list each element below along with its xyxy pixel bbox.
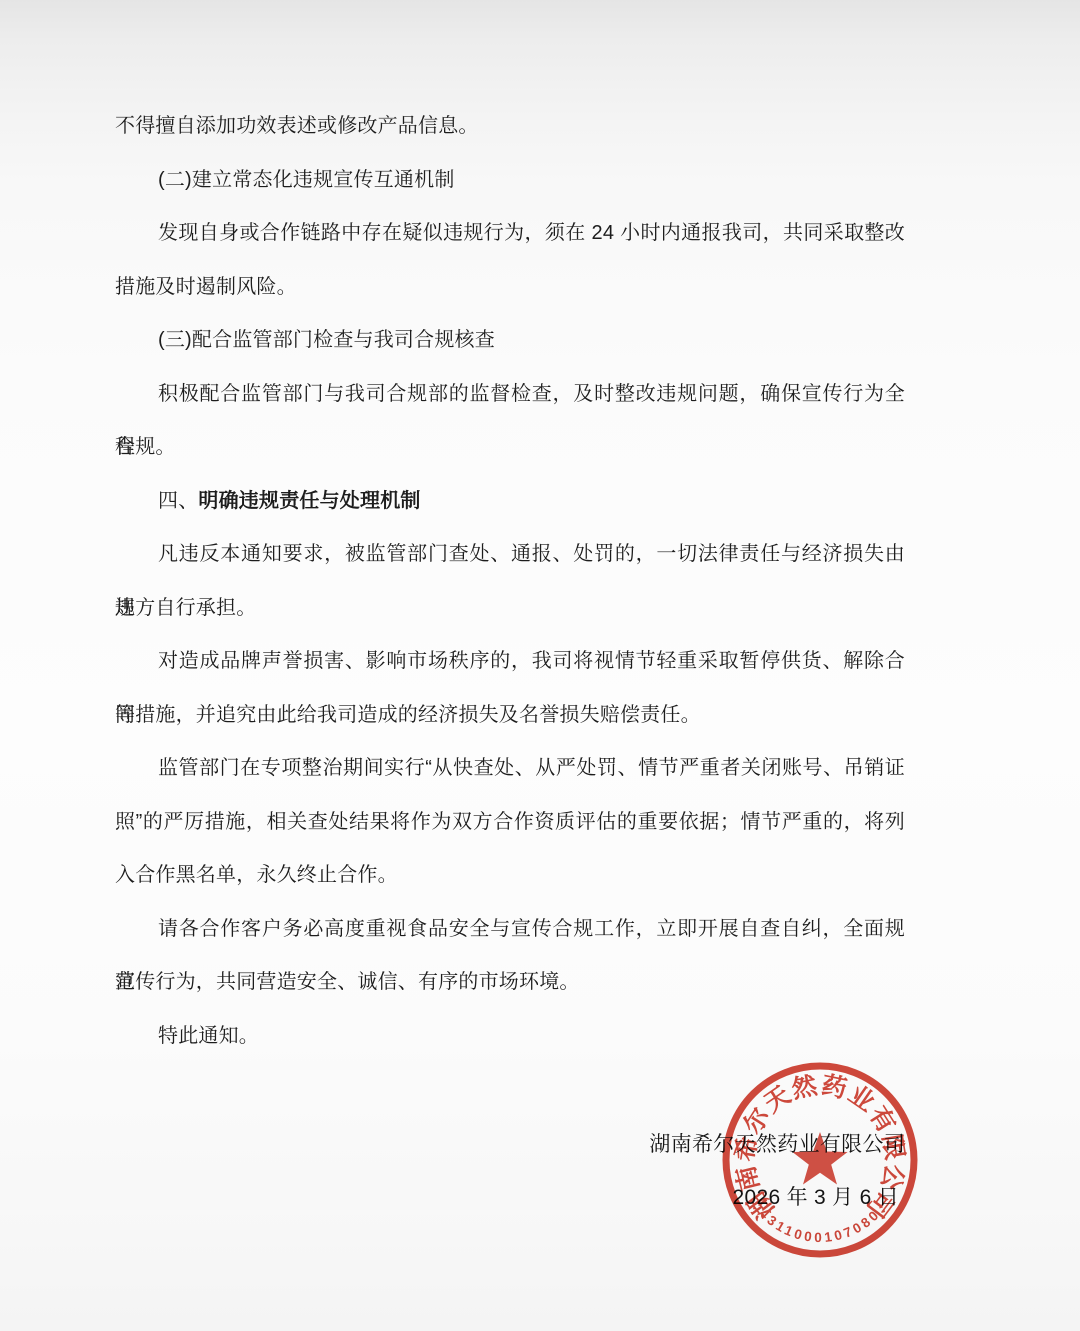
- heading-number: 四、: [158, 490, 198, 512]
- company-seal: 湖南希尔天然药业有限公司 4311000107080: [700, 1040, 940, 1280]
- document-line: 监管部门在专项整治期间实行“从快查处、从严处罚、情节严重者关闭账号、吊销证: [115, 742, 905, 796]
- document-line: 宣传行为，共同营造安全、诚信、有序的市场环境。: [115, 956, 905, 1010]
- document-line: 发现自身或合作链路中存在疑似违规行为，须在 24 小时内通报我司，共同采取整改: [115, 207, 905, 261]
- document-line: 请各合作客户务必高度重视食品安全与宣传合规工作，立即开展自查自纠，全面规范: [115, 903, 905, 957]
- document-line: 四、明确违规责任与处理机制: [115, 475, 905, 529]
- document-line: 凡违反本通知要求，被监管部门查处、通报、处罚的，一切法律责任与经济损失由违: [115, 528, 905, 582]
- signature-date: 2026 年 3 月 6 日: [733, 1181, 899, 1211]
- document-line: 规方自行承担。: [115, 582, 905, 636]
- document-line: 等措施，并追究由此给我司造成的经济损失及名誉损失赔偿责任。: [115, 689, 905, 743]
- heading-title: 明确违规责任与处理机制: [198, 490, 420, 512]
- document-line: (二)建立常态化违规宣传互通机制: [115, 154, 905, 208]
- document-line: 照”的严厉措施，相关查处结果将作为双方合作资质评估的重要依据；情节严重的，将列: [115, 796, 905, 850]
- document-line: 对造成品牌声誉损害、影响市场秩序的，我司将视情节轻重采取暂停供货、解除合同: [115, 635, 905, 689]
- document-line: 合规。: [115, 421, 905, 475]
- signature-company-name: 湖南希尔天然药业有限公司: [649, 1128, 905, 1158]
- document-line: 积极配合监管部门与我司合规部的监督检查，及时整改违规问题，确保宣传行为全程: [115, 368, 905, 422]
- document-line: 不得擅自添加功效表述或修改产品信息。: [115, 100, 905, 154]
- document-line: 措施及时遏制风险。: [115, 261, 905, 315]
- document-line: 入合作黑名单，永久终止合作。: [115, 849, 905, 903]
- document-line: (三)配合监管部门检查与我司合规核查: [115, 314, 905, 368]
- document-body: 不得擅自添加功效表述或修改产品信息。(二)建立常态化违规宣传互通机制发现自身或合…: [115, 100, 905, 1063]
